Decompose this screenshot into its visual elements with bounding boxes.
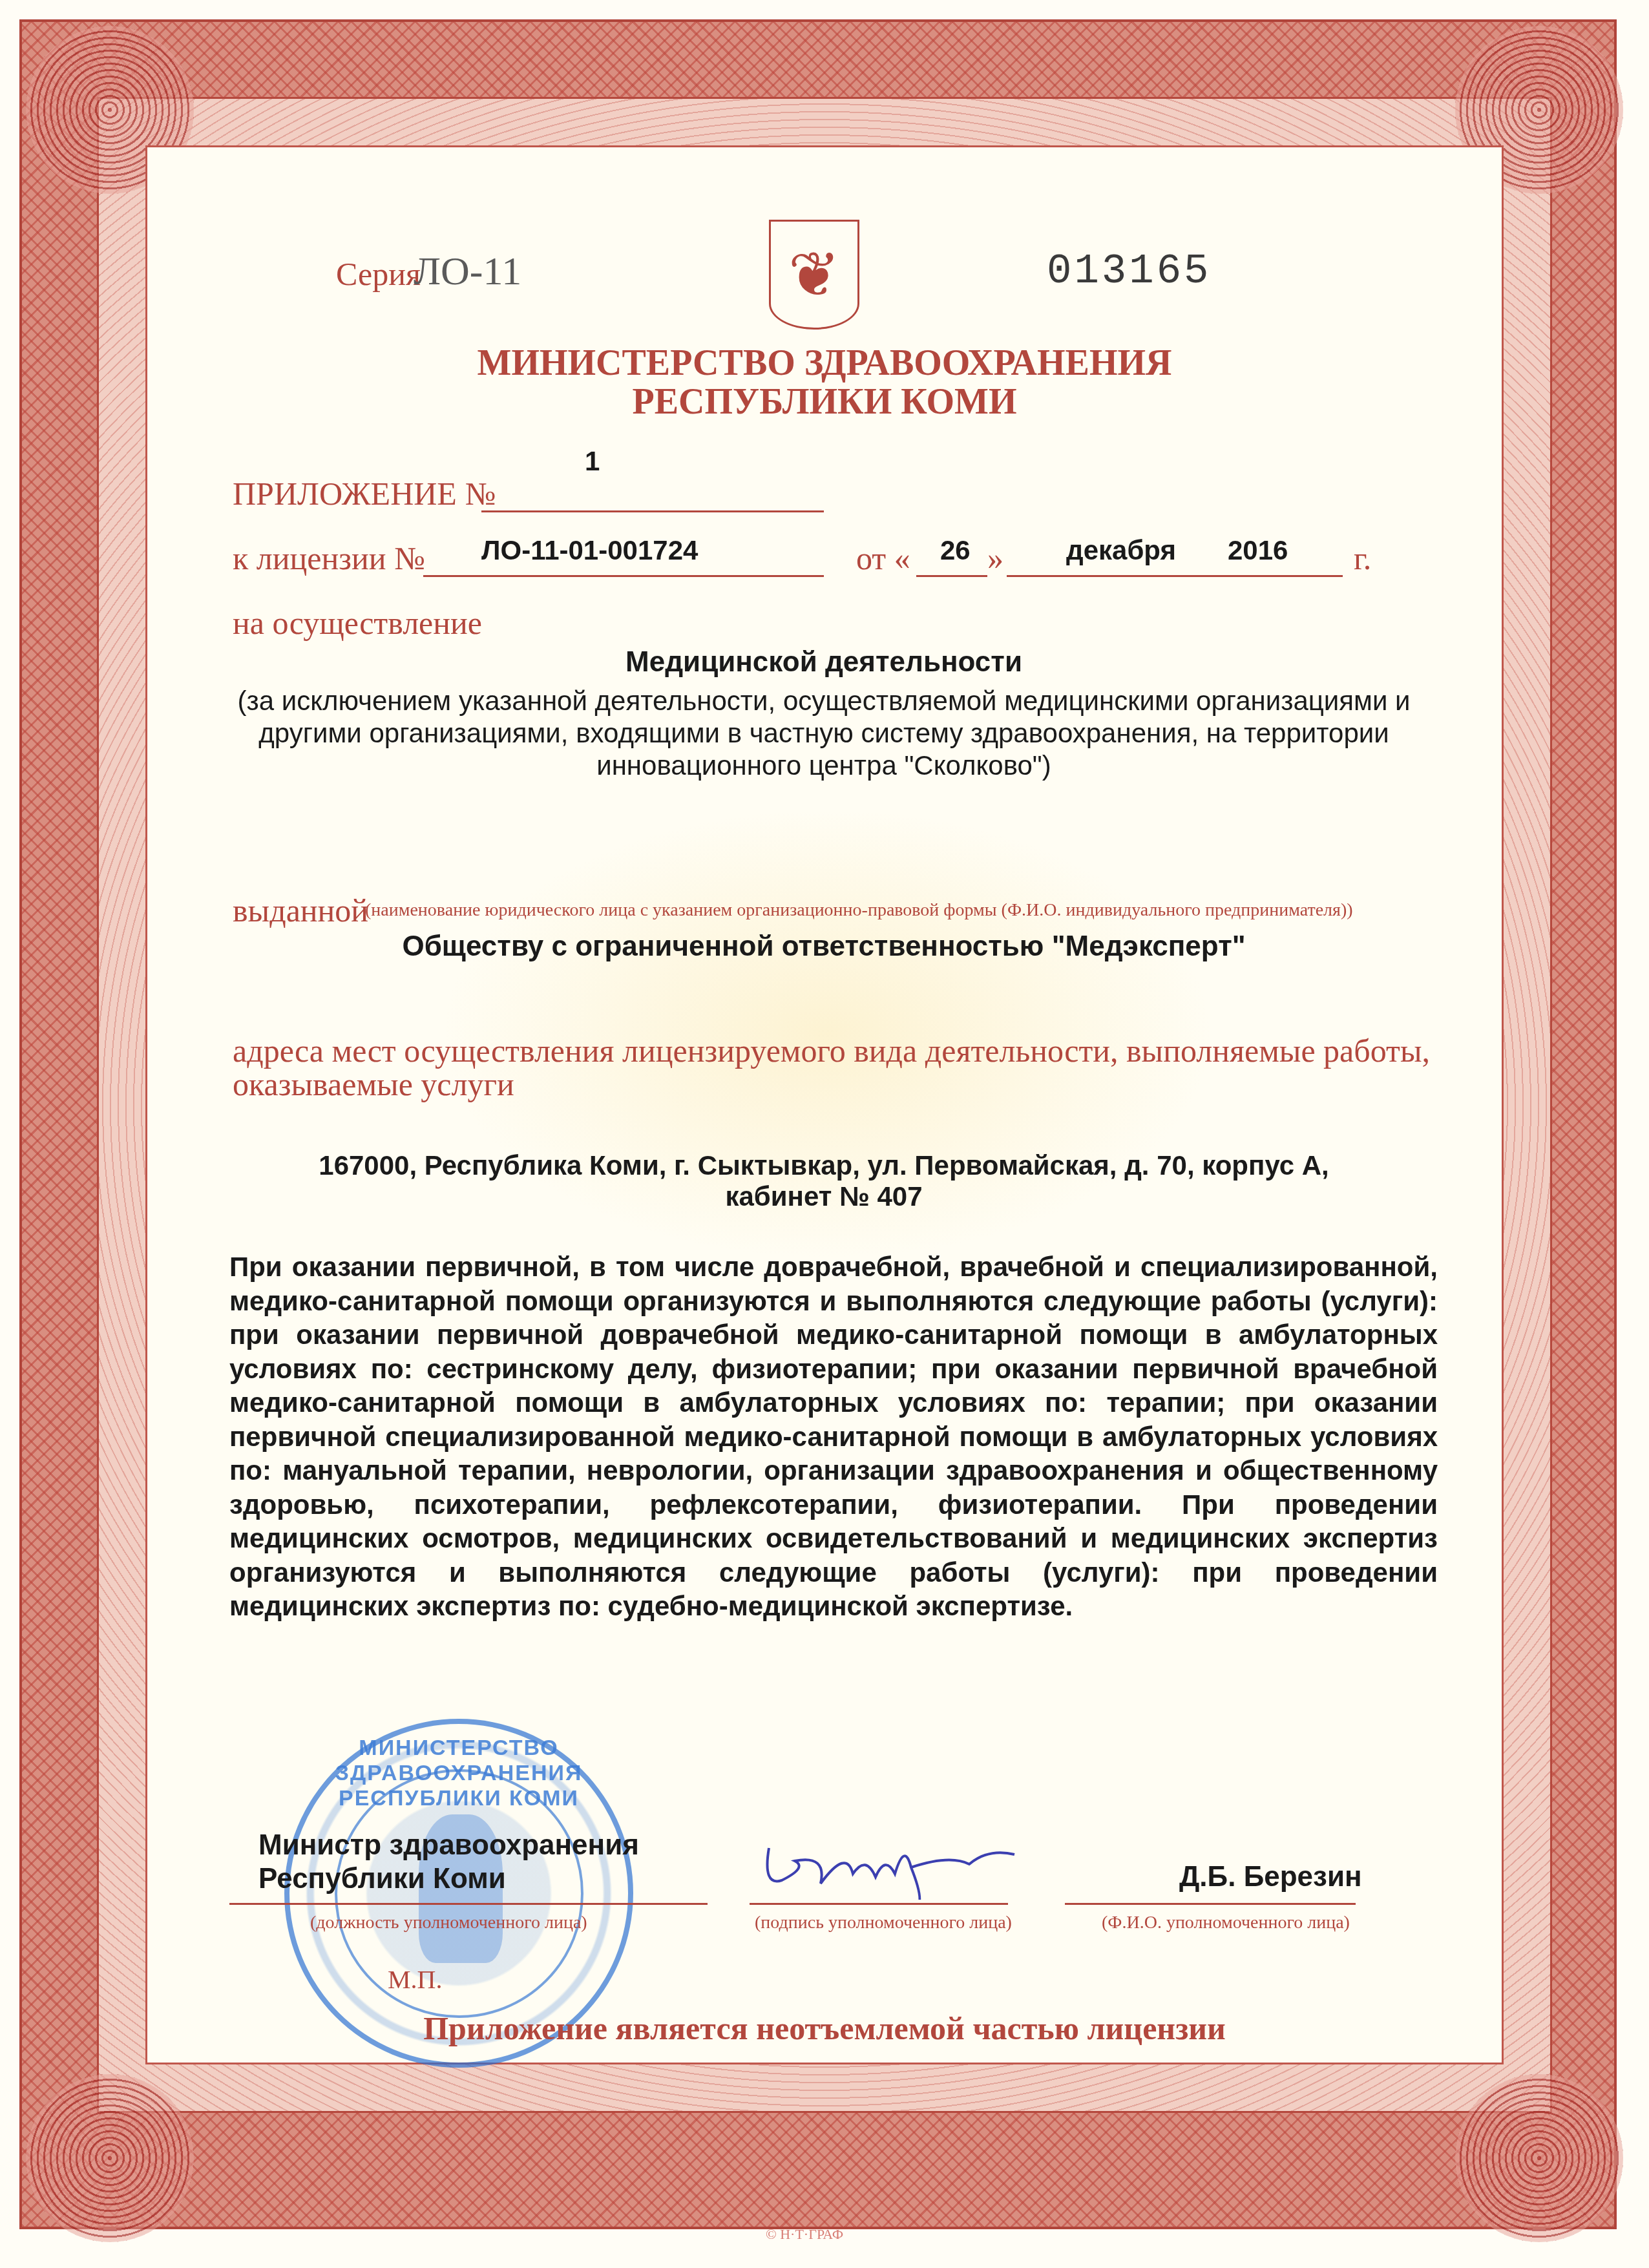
license-label: к лицензии № [233, 540, 425, 577]
stamp-text: МИНИСТЕРСТВО ЗДРАВООХРАНЕНИЯ РЕСПУБЛИКИ … [289, 1736, 628, 1811]
corner-rosette-icon [26, 2074, 194, 2242]
signature-line [750, 1903, 1008, 1905]
address-line1: 167000, Республика Коми, г. Сыктывкар, у… [213, 1150, 1434, 1181]
handwritten-signature-icon [756, 1829, 1027, 1900]
printer-imprint: © Н·Т·ГРАФ [766, 2226, 843, 2243]
corner-rosette-icon [1455, 2074, 1623, 2242]
ministry-title-line1: МИНИСТЕРСТВО ЗДРАВООХРАНЕНИЯ [0, 342, 1649, 384]
address: 167000, Республика Коми, г. Сыктывкар, у… [213, 1150, 1434, 1212]
seal-place-label: М.П. [388, 1964, 442, 1995]
signer-position: Министр здравоохранения Республики Коми [258, 1829, 711, 1896]
name-line [1065, 1903, 1356, 1905]
activity-note: (за исключением указанной деятельности, … [213, 685, 1434, 782]
activity-title: Медицинской деятельности [213, 646, 1434, 678]
issued-caption: (наименование юридического лица с указан… [365, 900, 1353, 921]
license-number-line [423, 575, 824, 577]
appendix-label: ПРИЛОЖЕНИЕ № [233, 475, 496, 512]
license-month: декабря [1066, 535, 1176, 566]
license-day: 26 [940, 535, 971, 566]
issued-label: выданной [233, 892, 368, 929]
license-number: ЛО-11-01-001724 [481, 535, 698, 566]
organization-name: Обществу с ограниченной ответственностью… [213, 930, 1434, 963]
signer-name: Д.Б. Березин [1179, 1861, 1362, 1893]
signature-caption: (подпись уполномоченного лица) [755, 1913, 1012, 1933]
license-appendix-sheet: Серия ЛО-11 ❦ 013165 МИНИСТЕРСТВО ЗДРАВО… [0, 0, 1649, 2268]
month-line [1007, 575, 1343, 577]
name-caption: (Ф.И.О. уполномоченного лица) [1102, 1913, 1350, 1933]
date-prefix: от « [856, 540, 910, 577]
position-line [229, 1903, 708, 1905]
footer-note: Приложение является неотъемлемой частью … [0, 2010, 1649, 2047]
appendix-number: 1 [585, 446, 600, 477]
position-caption: (должность уполномоченного лица) [310, 1913, 587, 1933]
addresses-label: адреса мест осуществления лицензируемого… [233, 1034, 1441, 1101]
form-number: 013165 [1047, 249, 1211, 295]
date-quote-close: » [987, 540, 1003, 577]
activity-label: на осуществление [233, 604, 482, 642]
year-suffix: г. [1354, 540, 1371, 577]
address-line2: кабинет № 407 [213, 1181, 1434, 1212]
series-value: ЛО-11 [414, 249, 521, 295]
appendix-number-line [481, 510, 824, 512]
russian-coat-of-arms-icon: ❦ [769, 220, 859, 330]
ministry-title-line2: РЕСПУБЛИКИ КОМИ [0, 381, 1649, 423]
day-line [916, 575, 987, 577]
series-label: Серия [336, 255, 421, 293]
license-year: 2016 [1228, 535, 1288, 566]
services-text: При оказании первичной, в том числе довр… [229, 1250, 1438, 1624]
